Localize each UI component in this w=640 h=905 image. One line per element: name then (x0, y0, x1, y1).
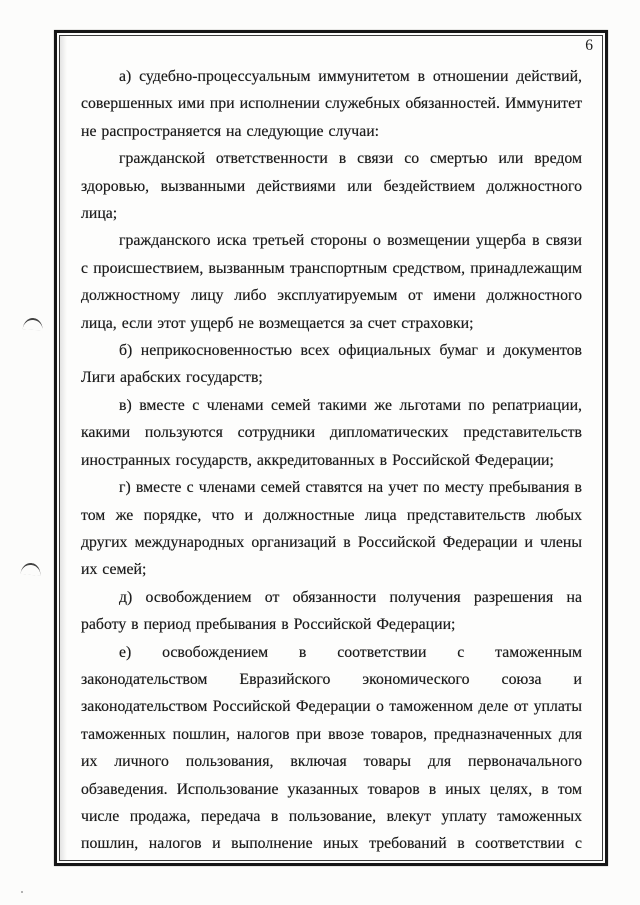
paragraph-item-b: б) неприкосновенностью всех официальных … (81, 337, 582, 392)
paragraph-item-g: г) вместе с членами семей ставятся на уч… (81, 474, 582, 584)
document-text: а) судебно-процессуальным иммунитетом в … (81, 63, 582, 861)
paragraph-item-v: в) вместе с членами семей такими же льго… (81, 392, 582, 474)
page-border-frame: 6 а) судебно-процессуальным иммунитетом … (54, 30, 608, 866)
scan-speck (21, 891, 23, 893)
paragraph-item-d: д) освобождением от обязанности получени… (81, 584, 582, 639)
paragraph-case-1: гражданской ответственности в связи со с… (81, 145, 582, 227)
page-border-inner-frame: 6 а) судебно-процессуальным иммунитетом … (59, 35, 603, 861)
margin-arc-mark-bottom (20, 562, 41, 576)
paragraph-case-2: гражданского иска третьей стороны о возм… (81, 227, 582, 337)
paragraph-item-e: е) освобождением в соответствии с таможе… (81, 639, 582, 861)
paragraph-item-a: а) судебно-процессуальным иммунитетом в … (81, 63, 582, 145)
margin-arc-mark-top (23, 317, 44, 330)
page-number: 6 (585, 37, 593, 55)
